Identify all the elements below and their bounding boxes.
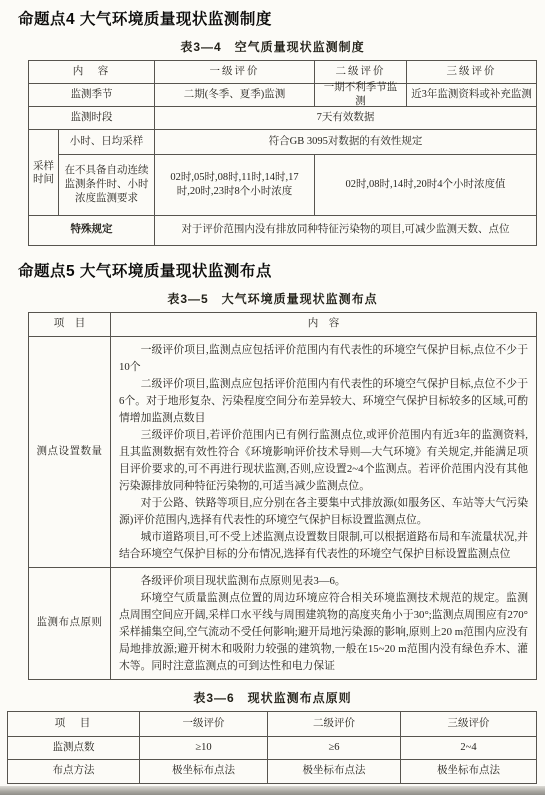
t36-row-method-level3: 极坐标布点法 [401,760,536,783]
t36-row-method-label: 布点方法 [8,760,140,783]
t36-row-points-level2: ≥6 [268,737,401,760]
t34-period-value: 7天有效数据 [155,107,536,130]
table-3-4: 内 容 一级评价 二级评价 三级评价 监测季节 二期(冬季、夏季)监测 一期不利… [28,60,537,246]
t35-header-content: 内 容 [111,313,536,337]
t36-header-item: 项 目 [8,712,140,737]
t34-season-level1: 二期(冬季、夏季)监测 [155,84,315,107]
t34-header-level3: 三级评价 [407,61,536,84]
table-3-5-caption: 表3—5 大气环境质量现状监测布点 [0,290,545,307]
t34-season-level2: 一期不利季节监测 [315,84,407,107]
t35-row1-paragraph-4: 对于公路、铁路等项目,应分别在各主要集中式排放源(如服务区、车站等大气污染源)评… [119,495,528,529]
t34-season-label: 监测季节 [29,84,155,107]
t36-header-level1: 一级评价 [140,712,268,737]
section-heading-point5: 命题点5 大气环境质量现状监测布点 [18,259,545,281]
t34-special-value: 对于评价范围内没有排放同种特征污染物的项目,可减少监测天数、点位 [155,216,536,245]
t36-row-points-level1: ≥10 [140,737,268,760]
t34-hourly-value: 符合GB 3095对数据的有效性规定 [155,130,536,155]
t34-manual-label: 在不具备自动连续监测条件时、小时浓度监测要求 [59,155,155,216]
t34-sampling-group-label: 采样时间 [29,130,59,216]
t36-header-level2: 二级评价 [268,712,401,737]
t35-row1-paragraph-3: 三级评价项目,若评价范围内已有例行监测点位,或评价范围内有近3年的监测资料,且其… [119,427,528,495]
t34-season-level3: 近3年监测资料或补充监测 [407,84,536,107]
t35-row1-paragraph-1: 一级评价项目,监测点应包括评价范围内有代表性的环境空气保护目标,点位不少于10个 [119,342,528,376]
t35-row1-content: 一级评价项目,监测点应包括评价范围内有代表性的环境空气保护目标,点位不少于10个… [111,337,536,568]
t35-header-item: 项 目 [29,313,111,337]
section-heading-point4: 命题点4 大气环境质量现状监测制度 [18,7,545,29]
page-bottom-scan-edge [0,786,545,795]
t34-manual-level1: 02时,05时,08时,11时,14时,17时,20时,23时8个小时浓度 [155,155,315,216]
t34-header-content: 内 容 [29,61,155,84]
t35-row2-paragraph-1: 各级评价项目现状监测布点原则见表3—6。 [119,573,528,590]
table-3-4-caption: 表3—4 空气质量现状监测制度 [0,38,545,55]
t35-row2-paragraph-2: 环境空气质量监测点位置的周边环境应符合相关环境监测技术规范的规定。监测点周围空间… [119,590,528,675]
t36-row-points-label: 监测点数 [8,737,140,760]
t35-row2-label: 监测布点原则 [29,568,111,679]
t35-row1-label: 测点设置数量 [29,337,111,568]
t35-row1-paragraph-5: 城市道路项目,可不受上述监测点设置数目限制,可以根据道路布局和车流量状况,并结合… [119,529,528,563]
t34-special-label: 特殊规定 [29,216,155,245]
t35-row2-content: 各级评价项目现状监测布点原则见表3—6。 环境空气质量监测点位置的周边环境应符合… [111,568,536,679]
t35-row1-paragraph-2: 二级评价项目,监测点应包括评价范围内有代表性的环境空气保护目标,点位不少于6个。… [119,376,528,427]
table-3-6: 项 目 一级评价 二级评价 三级评价 监测点数 ≥10 ≥6 2~4 布点方法 … [7,711,537,784]
table-3-5: 项 目 内 容 测点设置数量 一级评价项目,监测点应包括评价范围内有代表性的环境… [28,312,537,680]
scanned-document-page: 命题点4 大气环境质量现状监测制度 表3—4 空气质量现状监测制度 内 容 一级… [0,0,545,795]
t34-sampling-group-label-text: 采样时间 [32,160,55,186]
t36-row-points-level3: 2~4 [401,737,536,760]
table-3-6-caption: 表3—6 现状监测布点原则 [0,689,545,706]
t34-header-level1: 一级评价 [155,61,315,84]
t36-header-level3: 三级评价 [401,712,536,737]
t34-period-label: 监测时段 [29,107,155,130]
t36-row-method-level2: 极坐标布点法 [268,760,401,783]
t34-hourly-label: 小时、日均采样 [59,130,155,155]
t36-row-method-level1: 极坐标布点法 [140,760,268,783]
t34-manual-level23: 02时,08时,14时,20时4个小时浓度值 [315,155,536,216]
